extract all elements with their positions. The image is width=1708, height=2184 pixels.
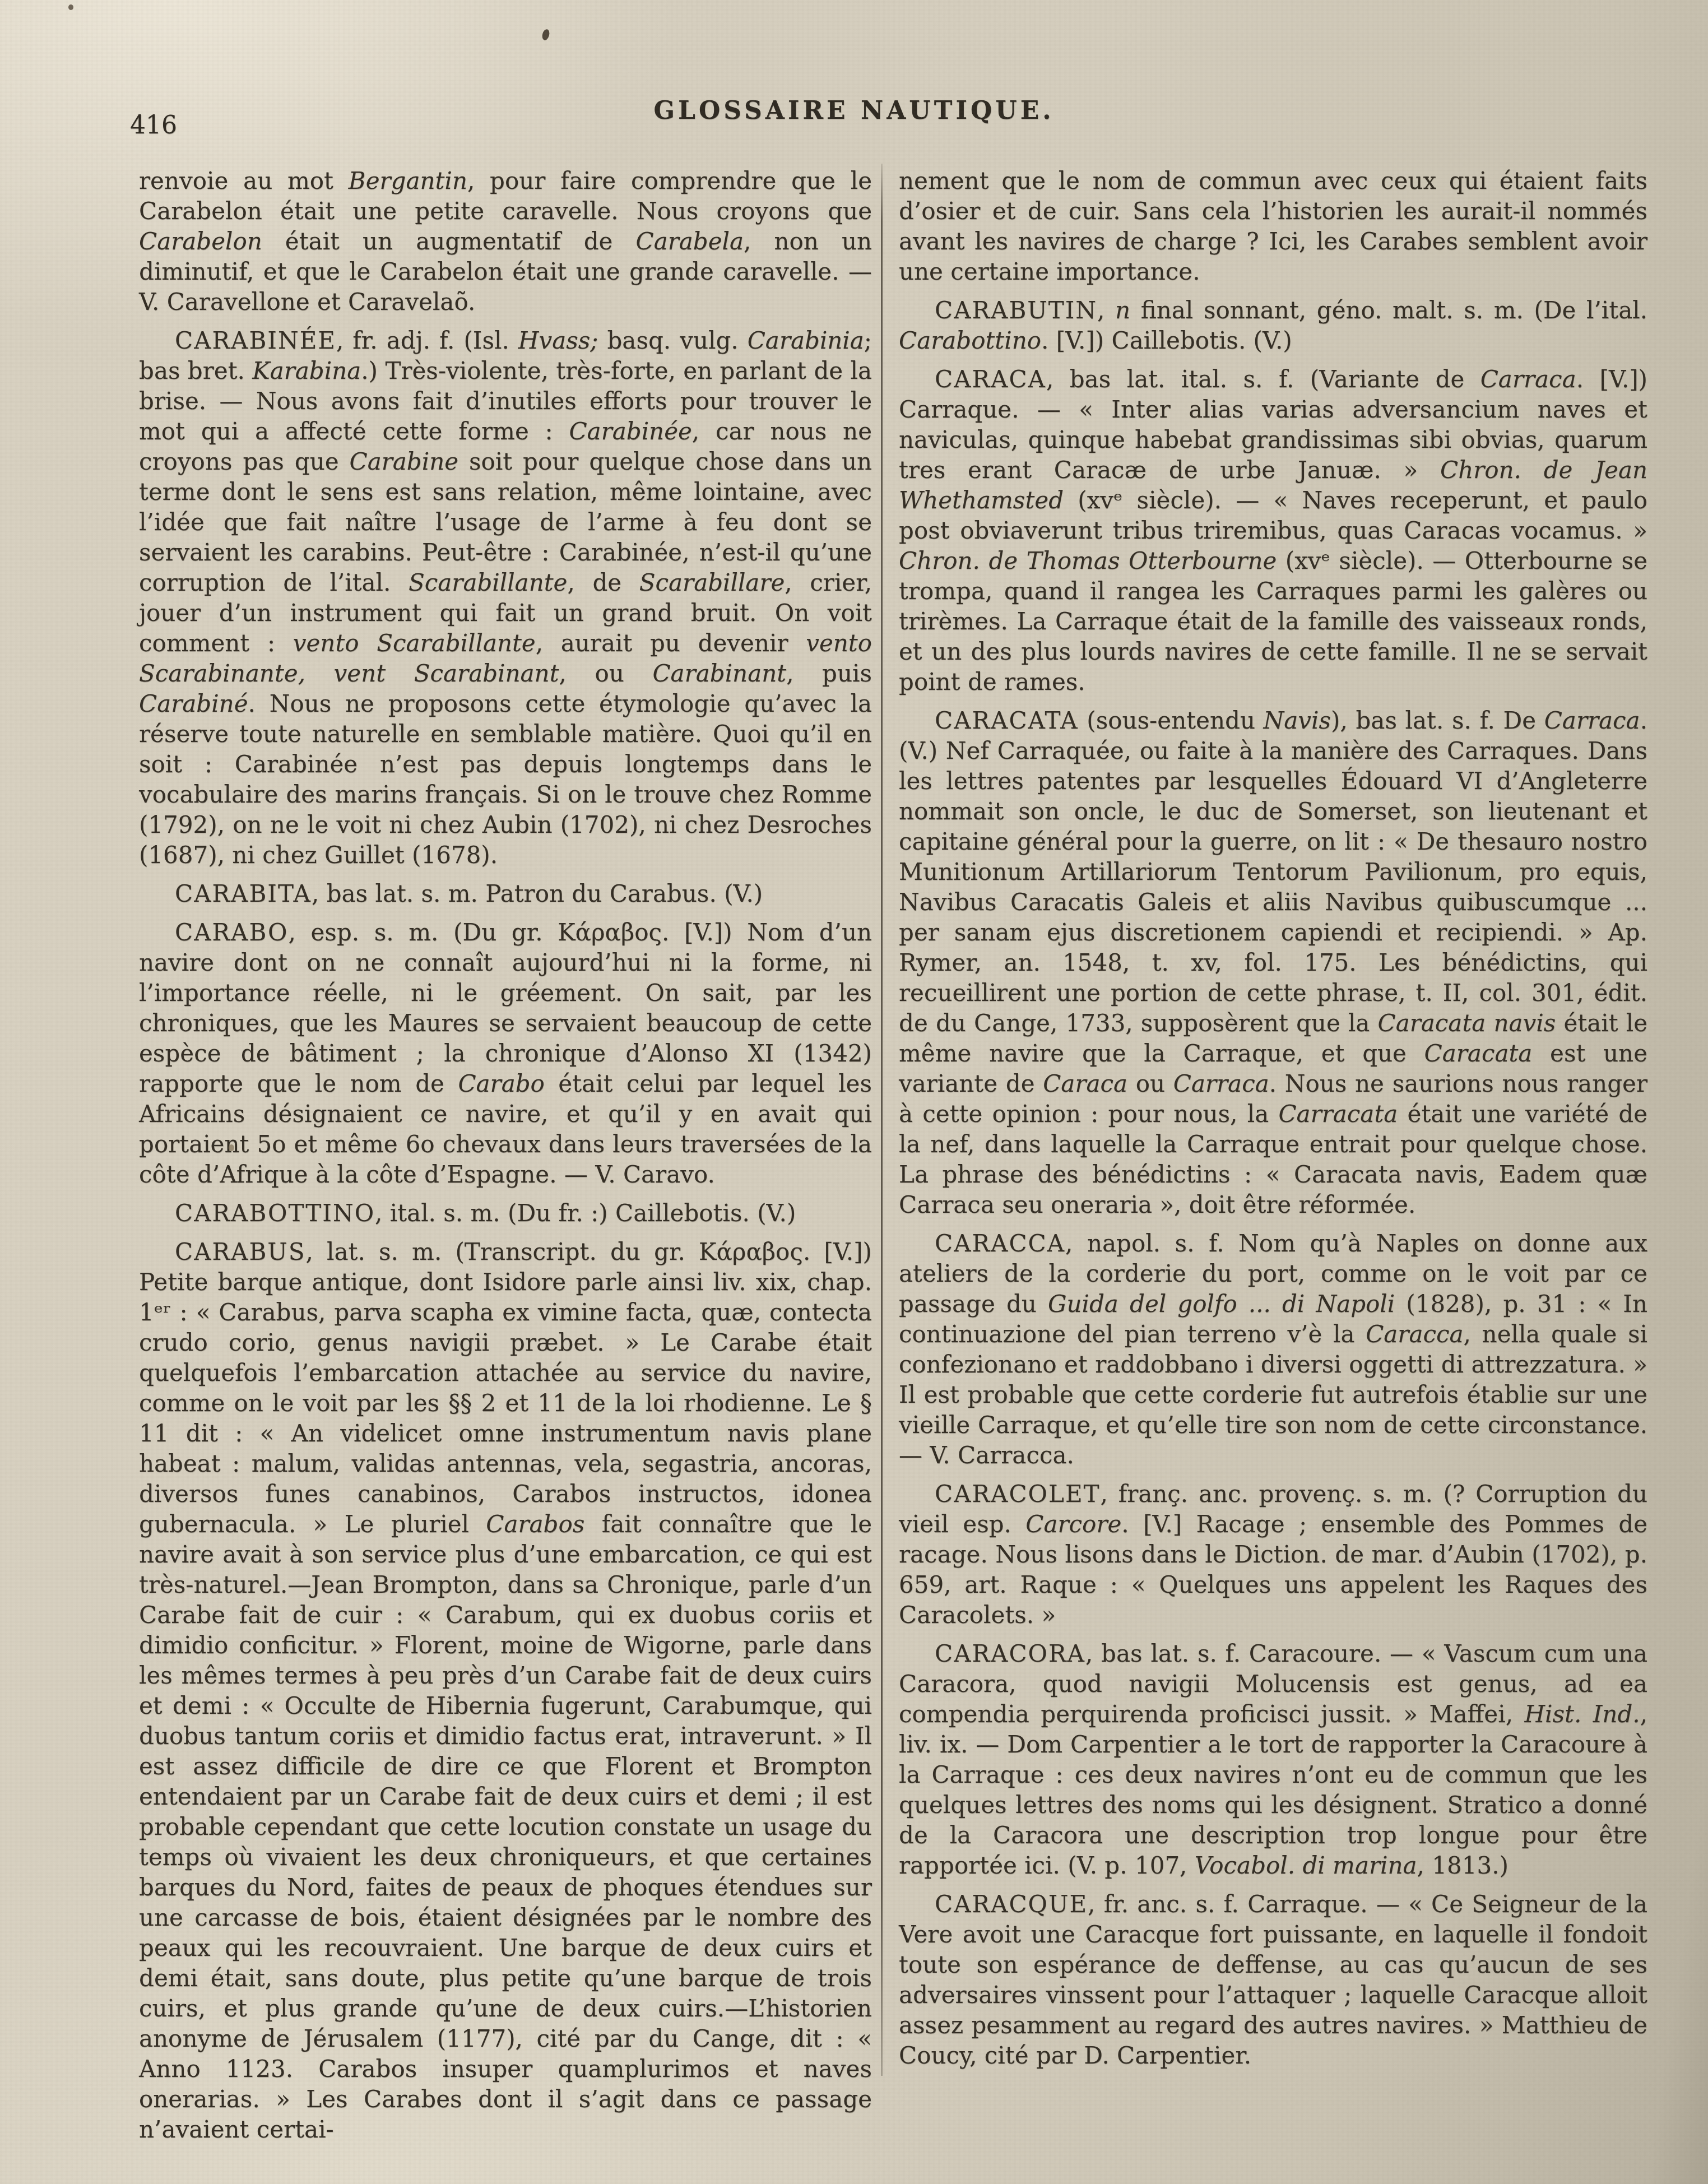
text-segment: , ital. s. m. (Du fr. :) Caillebotis. (V… [375, 1199, 796, 1227]
text-segment: Hvass; [518, 327, 598, 354]
ink-speck [541, 29, 551, 41]
entry-headword: CARACORA [935, 1640, 1085, 1667]
text-segment: , 1813.) [1417, 1852, 1509, 1879]
text-segment: ou [1127, 1070, 1173, 1097]
continuation-carabus: nement que le nom de commun avec ceux qu… [899, 166, 1647, 287]
text-segment: Carraca [1480, 365, 1576, 393]
text-segment: , [1097, 296, 1115, 324]
text-segment: Carabinant [652, 660, 786, 687]
text-segment: . (V.) Nef Carraquée, ou faite à la mani… [899, 707, 1647, 1037]
text-segment: Navis [1264, 707, 1331, 734]
entry-carabottino: CARABOTTINO, ital. s. m. (Du fr. :) Cail… [139, 1198, 872, 1228]
text-segment: renvoie au mot [139, 167, 349, 194]
text-segment: Carabine [350, 448, 459, 475]
text-segment: , puis [786, 660, 872, 687]
text-segment: Caraca [1043, 1070, 1127, 1097]
text-segment: n [1115, 296, 1130, 324]
entry-carabus: CARABUS, lat. s. m. (Transcript. du gr. … [139, 1237, 872, 2145]
entry-headword: CARACQUE [935, 1890, 1088, 1918]
running-header-title: GLOSSAIRE NAUTIQUE. [0, 96, 1708, 125]
text-segment: Carabinée [569, 418, 691, 445]
entry-headword: CARABUTIN [935, 296, 1097, 324]
text-segment: vento Scarabillante [293, 629, 536, 657]
text-segment: Hist. Ind. [1524, 1700, 1640, 1728]
text-segment: Carraca [1173, 1070, 1269, 1097]
book-page: 416 GLOSSAIRE NAUTIQUE. renvoie au mot B… [0, 0, 1708, 2184]
text-segment: était un augmentatif de [262, 228, 636, 255]
entry-headword: CARACA [935, 365, 1046, 393]
text-segment: Carraca [1544, 707, 1640, 734]
text-segment: fait connaître que le navire avait à son… [139, 1510, 872, 2143]
text-segment: , lat. s. m. (Transcript. du gr. Κάραβος… [139, 1238, 872, 1538]
text-segment: Chron. de Thomas Otterbourne [899, 547, 1277, 574]
text-segment: Carabinia [748, 327, 864, 354]
entry-caracca: CARACCA, napol. s. f. Nom qu’à Naples on… [899, 1228, 1647, 1471]
text-segment: Carabelon [139, 228, 262, 255]
entry-caracolet: CARACOLET, franç. anc. provenç. s. m. (?… [899, 1479, 1647, 1630]
continuation-carabelon: renvoie au mot Bergantin, pour faire com… [139, 166, 872, 317]
text-segment: Carabela [636, 228, 744, 255]
entry-caracata: CARACATA (sous-entendu Navis), bas lat. … [899, 706, 1647, 1220]
text-segment: Carcore [1025, 1510, 1121, 1538]
entry-headword: CARACCA [935, 1230, 1065, 1257]
text-segment: , fr. adj. f. (Isl. [336, 327, 518, 354]
entry-headword: CARABUS [175, 1238, 305, 1265]
entry-headword: CARACOLET [935, 1480, 1101, 1508]
entry-headword: CARABO [175, 919, 289, 946]
text-segment: Carabottino [899, 327, 1041, 354]
text-segment: , bas lat. ital. s. f. (Variante de [1046, 365, 1480, 393]
text-segment: Carracata [1278, 1100, 1398, 1128]
text-segment: Caracata [1424, 1040, 1533, 1067]
text-segment: . [V.]) Caillebotis. (V.) [1041, 327, 1292, 354]
text-column-right: nement que le nom de commun avec ceux qu… [899, 166, 1647, 2071]
text-segment: basq. vulg. [598, 327, 747, 354]
entry-headword: CARABOTTINO [175, 1199, 375, 1227]
text-segment: Caracata navis [1378, 1009, 1556, 1037]
text-segment: ), bas lat. s. f. De [1331, 707, 1544, 734]
ink-speck [229, 1144, 234, 1151]
entry-carabutin: CARABUTIN, n final sonnant, géno. malt. … [899, 295, 1647, 356]
text-column-left: renvoie au mot Bergantin, pour faire com… [139, 166, 872, 2145]
entry-carabita: CARABITA, bas lat. s. m. Patron du Carab… [139, 879, 872, 909]
text-segment: final sonnant, géno. malt. s. m. (De l’i… [1130, 296, 1647, 324]
text-segment: . Nous ne proposons cette étymologie qu’… [139, 690, 872, 869]
column-divider [881, 164, 883, 2076]
entry-headword: CARABITA [175, 880, 312, 907]
text-segment: Guida del golfo ... di Napoli [1048, 1290, 1395, 1318]
entry-headword: CARABINÉE [175, 327, 336, 354]
text-segment: Karabina [252, 357, 361, 384]
entry-carabinee: CARABINÉE, fr. adj. f. (Isl. Hvass; basq… [139, 326, 872, 870]
text-segment: , de [567, 569, 639, 596]
text-segment: Bergantin [349, 167, 467, 194]
text-segment: Scarabillante [409, 569, 567, 596]
text-segment: Caracca [1366, 1320, 1463, 1348]
entry-caracque: CARACQUE, fr. anc. s. f. Carraque. — « C… [899, 1889, 1647, 2071]
text-segment: Vocabol. di marina [1195, 1852, 1417, 1879]
text-segment: Carabos [486, 1510, 584, 1538]
text-segment: (sous-entendu [1079, 707, 1264, 734]
text-segment: nement que le nom de commun avec ceux qu… [899, 167, 1647, 285]
text-segment: , bas lat. s. m. Patron du Carabus. (V.) [312, 880, 763, 907]
entry-caraca: CARACA, bas lat. ital. s. f. (Variante d… [899, 364, 1647, 697]
text-segment: Carabiné [139, 690, 248, 717]
text-segment: , aurait pu devenir [536, 629, 806, 657]
text-segment: , ou [559, 660, 653, 687]
ink-speck [68, 4, 73, 10]
entry-headword: CARACATA [935, 707, 1079, 734]
text-segment: Scarabillare [639, 569, 785, 596]
entry-carabo: CARABO, esp. s. m. (Du gr. Κάραβος. [V.]… [139, 917, 872, 1190]
text-segment: Carabo [458, 1070, 544, 1097]
entry-caracora: CARACORA, bas lat. s. f. Caracoure. — « … [899, 1639, 1647, 1881]
